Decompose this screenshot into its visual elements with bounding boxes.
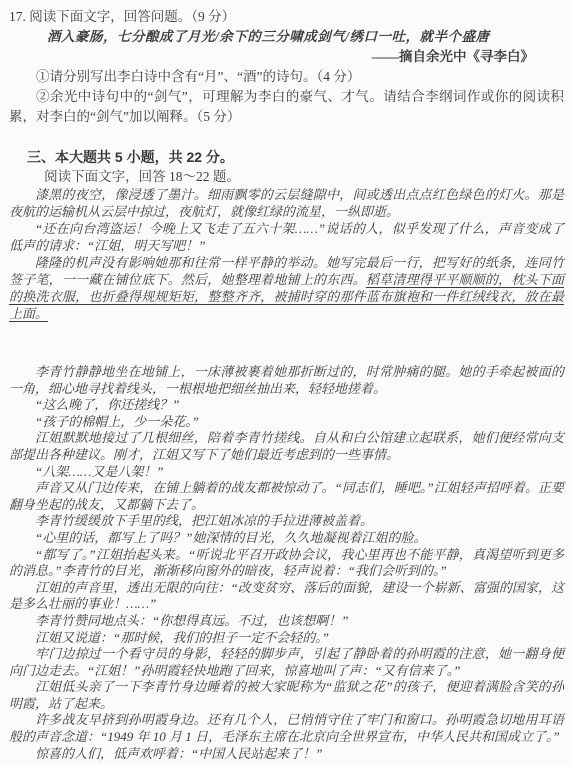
passage-paragraph: “都写了。”江姐抬起头来。“听说北平召开政协会议，我心里再也不能平静，真渴望听到…: [9, 547, 564, 580]
question-17-heading: 17. 阅读下面文字，回答问题。（9 分）: [9, 7, 564, 27]
passage-paragraph: “这么晚了，你还搓线？”: [9, 397, 564, 414]
passage-paragraph-annotated: 隆隆的机声没有影响她那和往常一样平静的举动。她写完最后一行，把写好的纸条，连同竹…: [9, 254, 564, 322]
question-17-block: 17. 阅读下面文字，回答问题。（9 分） 酒入豪肠，七分酿成了月光/余下的三分…: [9, 7, 564, 127]
passage-paragraph: 惊喜的人们，低声欢呼着：“中国人民站起来了！”: [9, 746, 564, 763]
passage-paragraph: 江姐的声音里，透出无限的向往：“改变贫穷、落后的面貌，建设一个崭新、富强的国家，…: [9, 580, 564, 613]
passage-paragraph: 江姐低头亲了一下李青竹身边睡着的被大家昵称为“监狱之花”的孩子，便迎着满脸含笑的…: [9, 679, 564, 712]
passage-paragraph: “还在向台湾盗运！今晚上又飞走了五六十架……”说话的人，似乎发现了什么，声音变成…: [9, 220, 564, 254]
passage-paragraph: 江姐默默地接过了几根细丝，陪着李青竹搓线。自从和白公馆建立起联系，她们便经常向支…: [9, 430, 564, 463]
subquestion-1: ①请分别写出李白诗中含有“月”、“酒”的诗句。（4 分）: [9, 67, 564, 87]
passage-paragraph: “心里的话，都写上了吗？”她深情的目光，久久地凝视着江姐的脸。: [9, 530, 564, 547]
passage-paragraph: 江姐又说道：“那时候，我们的担子一定不会轻的。”: [9, 630, 564, 647]
reading-instruction: 阅读下面文字，回答 18～22 题。: [9, 167, 564, 186]
passage-paragraph: 李青竹赞同地点头：“你想得真远。不过，也该想啊！”: [9, 613, 564, 630]
story-section: 李青竹静静地坐在地铺上，一床薄被裹着她那折断过的，时常肿痛的腿。她的手牵起被面的…: [9, 364, 564, 762]
passage-paragraph: 牢门边掠过一个看守员的身影，轻轻的脚步声，引起了静卧着的孙明霞的注意，她一翻身便…: [9, 646, 564, 679]
reading-passage: 漆黑的夜空，像浸透了墨汁。细雨飘零的云层缝隙中，间或透出点点红色绿色的灯火。那是…: [9, 186, 564, 762]
blank-gap: [9, 322, 564, 364]
poem-attribution: ——摘自余光中《寻李白》: [9, 47, 564, 67]
subquestion-2: ②余光中诗句中的“剑气”，可理解为李白的豪气、才气。请结合李纲词作或你的阅读积累…: [9, 87, 564, 127]
passage-paragraph: 许多战友早挤到孙明霞身边。还有几个人，已悄悄守住了牢门和窗口。孙明霞急切地用耳语…: [9, 712, 564, 745]
section-3-heading: 三、本大题共 5 小题，共 22 分。: [9, 147, 564, 167]
passage-paragraph: 声音又从门边传来，在铺上躺着的战友都被惊动了。“同志们，睡吧。”江姐轻声招呼着。…: [9, 480, 564, 513]
passage-paragraph: 漆黑的夜空，像浸透了墨汁。细雨飘零的云层缝隙中，间或透出点点红色绿色的灯火。那是…: [9, 186, 564, 220]
passage-paragraph: 李青竹缓缓放下手里的线，把江姐冰凉的手拉进薄被盖着。: [9, 513, 564, 530]
poem-quote: 酒入豪肠，七分酿成了月光/余下的三分啸成剑气/绣口一吐，就半个盛唐: [9, 27, 564, 47]
passage-paragraph: “孩子的棉帽上，少一朵花。”: [9, 414, 564, 431]
exam-page: 17. 阅读下面文字，回答问题。（9 分） 酒入豪肠，七分酿成了月光/余下的三分…: [0, 0, 573, 766]
passage-paragraph: 李青竹静静地坐在地铺上，一床薄被裹着她那折断过的，时常肿痛的腿。她的手牵起被面的…: [9, 364, 564, 397]
passage-paragraph: “八架……又是八架！”: [9, 464, 564, 481]
